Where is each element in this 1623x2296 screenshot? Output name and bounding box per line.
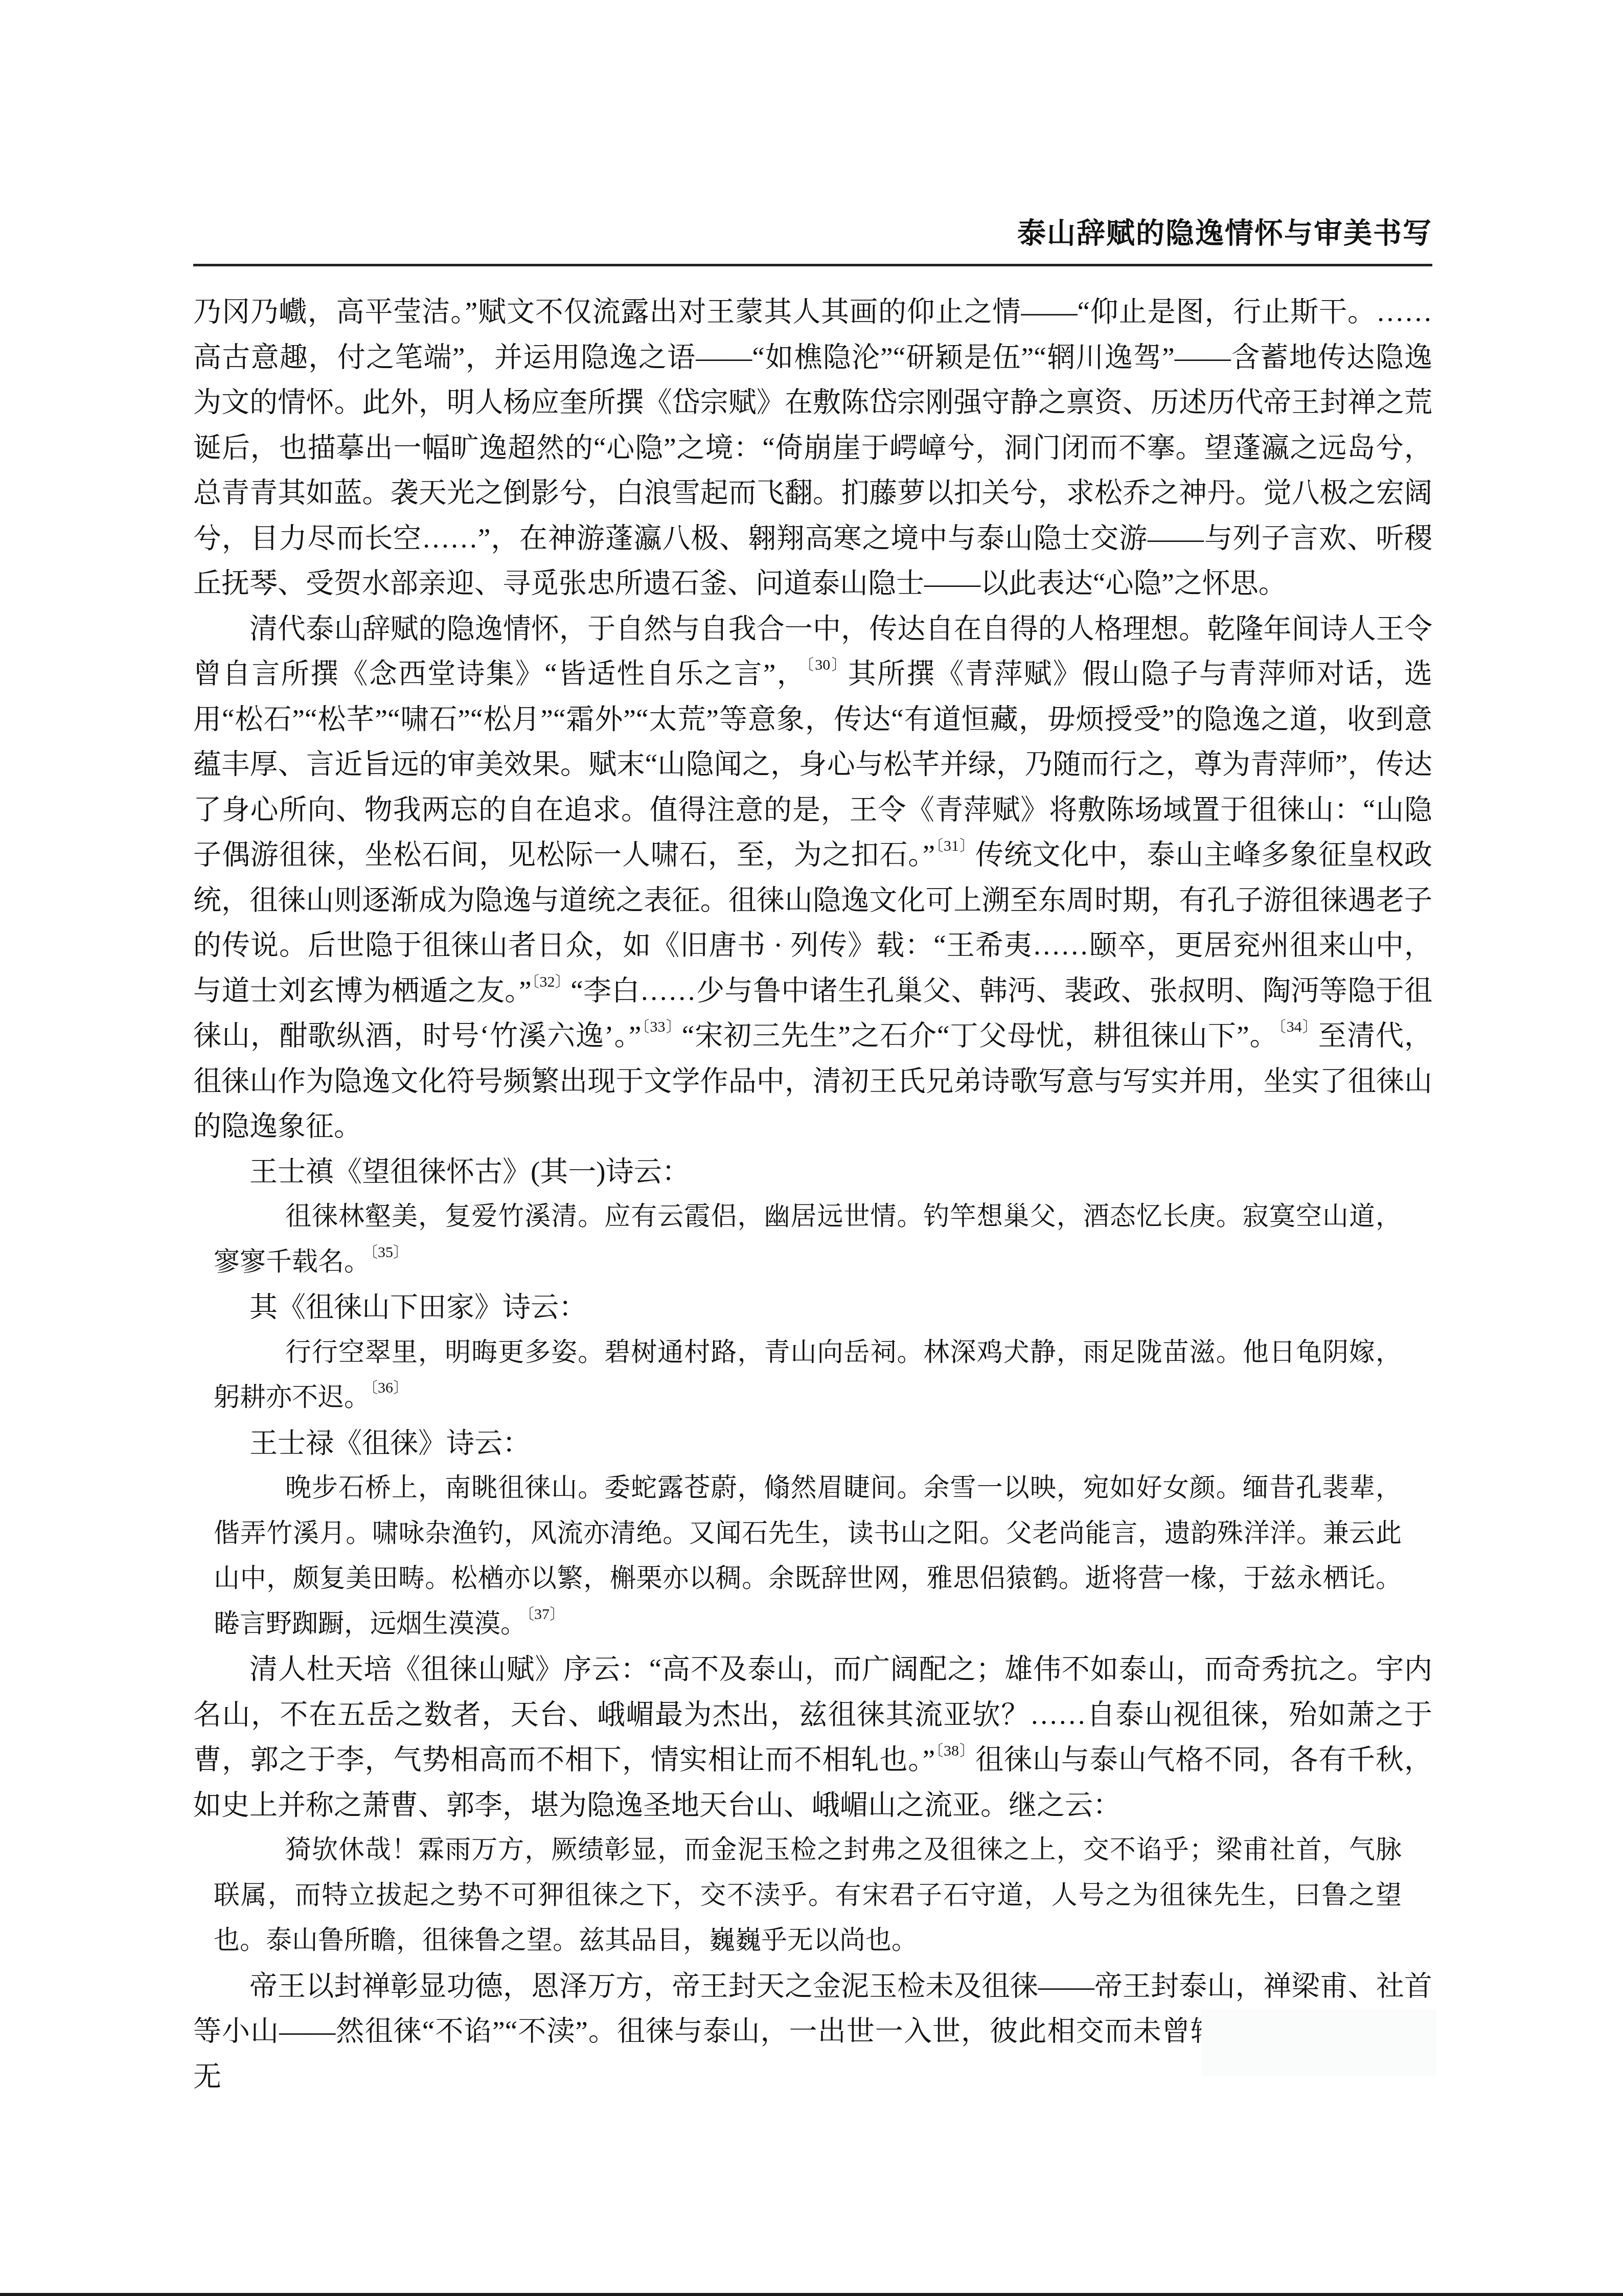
footnote-reference: 〔38〕 (935, 1742, 975, 1759)
text-run: “宋初三先生”之石介“丁父母忧，耕徂徕山下”。 (682, 1020, 1278, 1051)
text-run: 乃冈乃巇，高平莹洁。”赋文不仅流露出对王蒙其人其画的仰止之情——“仰止是图，行止… (193, 296, 1432, 599)
text-run: 猗欤休哉！霖雨万方，厥绩彰显，而金泥玉检之封弗之及徂徕之上，交不谄乎；梁甫社首，… (214, 1835, 1402, 1956)
text-run: 晚步石桥上，南眺徂徕山。委蛇露苍蔚，翛然眉睫间。余雪一以映，宛如好女颜。缅昔孔裴… (214, 1473, 1402, 1639)
block-quote-poem: 晚步石桥上，南眺徂徕山。委蛇露苍蔚，翛然眉睫间。余雪一以映，宛如好女颜。缅昔孔裴… (193, 1466, 1432, 1647)
quote-intro-line: 王士禛《望徂徕怀古》(其一)诗云： (193, 1149, 1432, 1195)
text-run: 其《徂徕山下田家》诗云： (249, 1291, 587, 1323)
footnote-reference: 〔32〕 (532, 973, 571, 990)
footnote-reference: 〔36〕 (370, 1379, 408, 1396)
footnote-reference: 〔31〕 (935, 837, 975, 854)
footnote-reference: 〔37〕 (527, 1606, 565, 1623)
body-paragraph: 清代泰山辞赋的隐逸情怀，于自然与自我合一中，传达自在自得的人格理想。乾隆年间诗人… (193, 606, 1432, 1149)
text-run: 徂徕林壑美，复爱竹溪清。应有云霞侣，幽居远世情。钓竿想巢父，酒态忆长庚。寂寞空山… (214, 1201, 1402, 1277)
footnote-reference: 〔35〕 (370, 1244, 408, 1261)
block-quote-poem: 徂徕林壑美，复爱竹溪清。应有云霞侣，幽居远世情。钓竿想巢父，酒态忆长庚。寂寞空山… (193, 1194, 1432, 1285)
running-header-title: 泰山辞赋的隐逸情怀与审美书写 (1017, 211, 1432, 252)
footnote-reference: 〔33〕 (642, 1018, 682, 1035)
block-quote-poem: 猗欤休哉！霖雨万方，厥绩彰显，而金泥玉检之封弗之及徂徕之上，交不谄乎；梁甫社首，… (193, 1828, 1432, 1964)
scan-artifact (1201, 2009, 1436, 2076)
text-run: 行行空翠里，明晦更多姿。碧树通村路，青山向岳祠。林深鸡犬静，雨足陇苗滋。他日龟阴… (214, 1337, 1402, 1413)
footnote-reference: 〔30〕 (806, 656, 848, 673)
text-run: 王士禄《徂徕》诗云： (249, 1427, 531, 1459)
quote-intro-line: 王士禄《徂徕》诗云： (193, 1421, 1432, 1466)
page-bottom-edge (0, 2293, 1623, 2296)
body-paragraph: 乃冈乃巇，高平莹洁。”赋文不仅流露出对王蒙其人其画的仰止之情——“仰止是图，行止… (193, 289, 1432, 606)
block-quote-poem: 行行空翠里，明晦更多姿。碧树通村路，青山向岳祠。林深鸡犬静，雨足陇苗滋。他日龟阴… (193, 1330, 1432, 1421)
article-body: 乃冈乃巇，高平莹洁。”赋文不仅流露出对王蒙其人其画的仰止之情——“仰止是图，行止… (193, 289, 1432, 2099)
body-paragraph: 清人杜天培《徂徕山赋》序云：“高不及泰山，而广阔配之；雄伟不如泰山，而奇秀抗之。… (193, 1647, 1432, 1828)
text-run: 其所撰《青萍赋》假山隐子与青萍师对话，选用“松石”“松芊”“啸石”“松月”“霜外… (193, 658, 1432, 870)
text-run: 王士禛《望徂徕怀古》(其一)诗云： (249, 1156, 690, 1187)
quote-intro-line: 其《徂徕山下田家》诗云： (193, 1285, 1432, 1330)
header-rule (193, 264, 1432, 266)
footnote-reference: 〔34〕 (1278, 1018, 1318, 1035)
